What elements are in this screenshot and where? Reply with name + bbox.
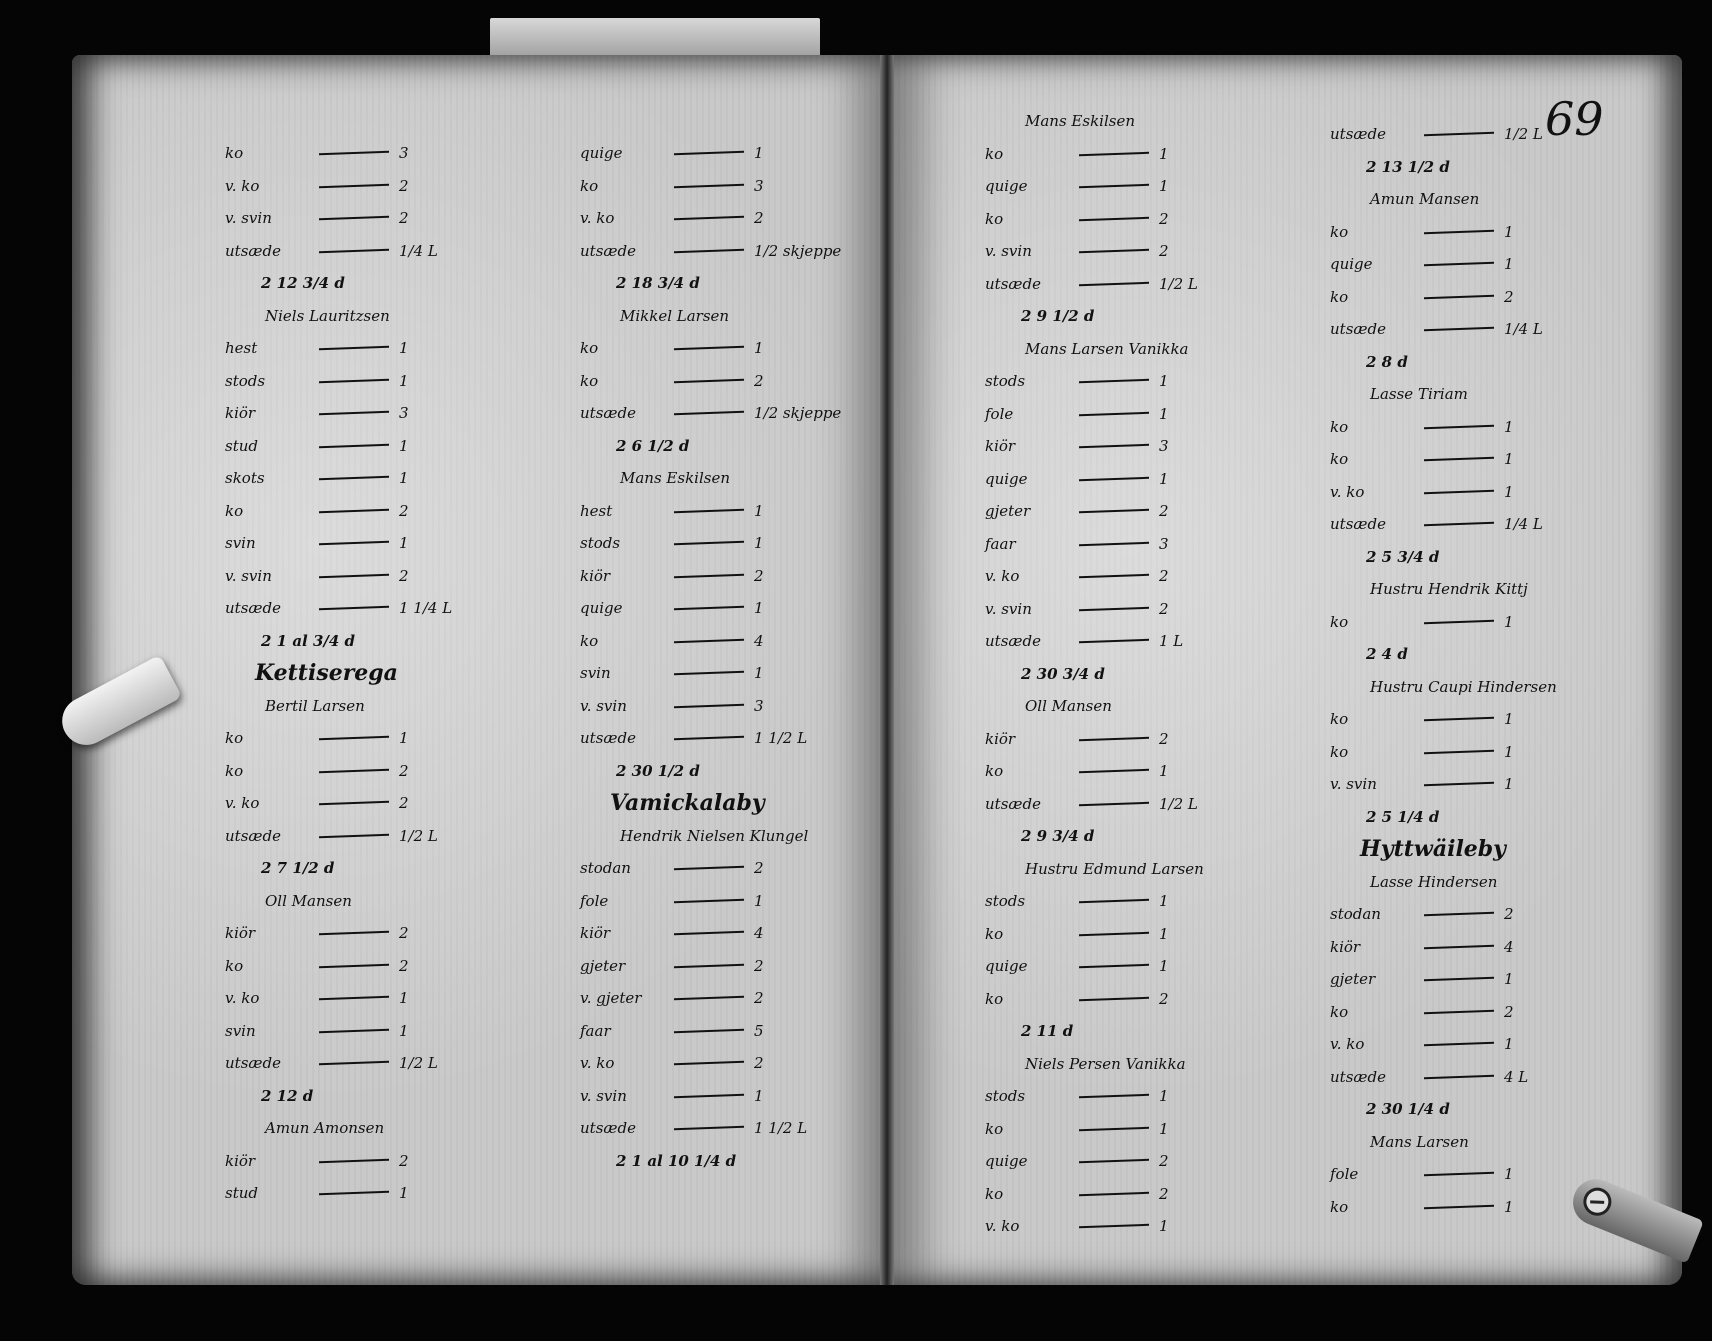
item-quantity: 1 — [1504, 1191, 1534, 1224]
ledger-row: v. ko1 — [225, 982, 452, 1015]
item-label: utsæde — [225, 820, 313, 853]
item-label: quige — [580, 592, 668, 625]
dash-line — [319, 736, 389, 740]
person-name: Oll Mansen — [225, 885, 452, 918]
item-quantity: 1 — [1159, 170, 1189, 203]
item-quantity: 1 — [1159, 755, 1189, 788]
dash-line — [319, 184, 389, 188]
entry-total: 2 30 1/2 d — [580, 755, 841, 788]
ledger-row: ko2 — [225, 950, 452, 983]
item-label: v. svin — [985, 235, 1073, 268]
person-name: Hustru Hendrik Kittj — [1330, 573, 1557, 606]
item-quantity: 1 — [1159, 1113, 1189, 1146]
item-quantity: 2 — [754, 852, 784, 885]
ledger-row: ko1 — [1330, 1191, 1557, 1224]
item-label: stods — [580, 527, 668, 560]
item-label: utsæde — [985, 625, 1073, 658]
ledger-row: utsæde1/2 skjeppe — [580, 397, 841, 430]
item-quantity: 2 — [754, 982, 784, 1015]
entry-total: 2 18 3/4 d — [580, 267, 841, 300]
ledger-row: ko2 — [225, 495, 452, 528]
item-label: stodan — [1330, 898, 1418, 931]
dash-line — [674, 541, 744, 545]
ledger-row: ko1 — [1330, 411, 1557, 444]
dash-line — [1424, 1042, 1494, 1046]
item-quantity: 1 — [399, 365, 429, 398]
item-quantity: 1 — [1159, 885, 1189, 918]
item-label: stods — [985, 1080, 1073, 1113]
person-name: Niels Lauritzsen — [225, 300, 452, 333]
entry-total: 2 30 3/4 d — [985, 658, 1204, 691]
ledger-row: kiör3 — [985, 430, 1204, 463]
ledger-row: v. ko1 — [1330, 476, 1557, 509]
dash-line — [674, 736, 744, 740]
item-quantity: 1/2 skjeppe — [754, 397, 841, 430]
ledger-row: utsæde1/2 skjeppe — [580, 235, 841, 268]
ledger-row: utsæde1/2 L — [985, 788, 1204, 821]
item-label: ko — [225, 137, 313, 170]
ledger-row: v. ko2 — [225, 787, 452, 820]
item-quantity: 1 — [754, 885, 784, 918]
dash-line — [1079, 184, 1149, 188]
item-label: utsæde — [1330, 313, 1418, 346]
dash-line — [319, 379, 389, 383]
ledger-row: ko3 — [580, 170, 841, 203]
item-quantity: 1 — [754, 1080, 784, 1113]
dash-line — [1424, 295, 1494, 299]
ledger-row: ko1 — [580, 332, 841, 365]
ledger-row: quige2 — [985, 1145, 1204, 1178]
ledger-row: utsæde1 1/4 L — [225, 592, 452, 625]
ledger-row: ko1 — [1330, 703, 1557, 736]
ledger-row: ko1 — [1330, 736, 1557, 769]
item-label: fole — [985, 398, 1073, 431]
item-quantity: 1 — [754, 332, 784, 365]
item-quantity: 2 — [1504, 996, 1534, 1029]
item-quantity: 1 — [1159, 365, 1189, 398]
entry-total: 2 9 1/2 d — [985, 300, 1204, 333]
village-heading: Kettiserega — [225, 657, 452, 690]
item-quantity: 3 — [754, 170, 784, 203]
ledger-row: quige1 — [580, 592, 841, 625]
ledger-row: stods1 — [580, 527, 841, 560]
item-label: quige — [985, 1145, 1073, 1178]
item-quantity: 1 L — [1159, 625, 1189, 658]
dash-line — [1424, 490, 1494, 494]
item-label: kiör — [225, 1145, 313, 1178]
ledger-row: ko1 — [985, 1113, 1204, 1146]
ledger-row: ko1 — [985, 918, 1204, 951]
item-quantity: 1/2 L — [1159, 268, 1198, 301]
dash-line — [1424, 1075, 1494, 1079]
ledger-row: v. svin1 — [580, 1080, 841, 1113]
dash-line — [319, 1029, 389, 1033]
item-label: v. ko — [225, 787, 313, 820]
ledger-row: ko1 — [1330, 443, 1557, 476]
ledger-row: hest1 — [580, 495, 841, 528]
ledger-row: ko1 — [985, 138, 1204, 171]
item-label: utsæde — [225, 592, 313, 625]
item-quantity: 1 — [1159, 463, 1189, 496]
item-quantity: 2 — [1159, 235, 1189, 268]
item-quantity: 1 — [399, 462, 429, 495]
item-label: ko — [1330, 443, 1418, 476]
item-quantity: 1 1/4 L — [399, 592, 452, 625]
item-label: v. ko — [985, 560, 1073, 593]
dash-line — [319, 444, 389, 448]
ledger-row: ko4 — [580, 625, 841, 658]
ledger-row: utsæde1/2 L — [225, 1047, 452, 1080]
item-quantity: 2 — [1504, 281, 1534, 314]
item-label: ko — [225, 755, 313, 788]
item-label: v. ko — [1330, 1028, 1418, 1061]
person-name: Lasse Tiriam — [1330, 378, 1557, 411]
item-quantity: 1/4 L — [1504, 313, 1543, 346]
dash-line — [319, 541, 389, 545]
person-name: Mikkel Larsen — [580, 300, 841, 333]
item-quantity: 1/2 skjeppe — [754, 235, 841, 268]
entry-total: 2 11 d — [985, 1015, 1204, 1048]
person-name: Mans Eskilsen — [985, 105, 1204, 138]
dash-line — [1424, 1205, 1494, 1209]
dash-line — [319, 769, 389, 773]
item-label: kiör — [985, 723, 1073, 756]
ledger-row: svin1 — [225, 527, 452, 560]
dash-line — [1424, 1010, 1494, 1014]
item-quantity: 1 — [1159, 138, 1189, 171]
dash-line — [319, 801, 389, 805]
ledger-row: v. svin3 — [580, 690, 841, 723]
entry-total: 2 9 3/4 d — [985, 820, 1204, 853]
item-label: svin — [225, 527, 313, 560]
dash-line — [1079, 639, 1149, 643]
ledger-row: stods1 — [985, 365, 1204, 398]
screw-icon — [1579, 1183, 1615, 1219]
village-heading: Vamickalaby — [580, 787, 841, 820]
ledger-row: ko1 — [1330, 216, 1557, 249]
item-label: v. ko — [225, 170, 313, 203]
item-label: faar — [985, 528, 1073, 561]
ledger-row: fole1 — [1330, 1158, 1557, 1191]
dash-line — [319, 606, 389, 610]
ledger-row: utsæde1 1/2 L — [580, 1112, 841, 1145]
ledger-row: fole1 — [580, 885, 841, 918]
dash-line — [319, 411, 389, 415]
dash-line — [1079, 412, 1149, 416]
dash-line — [319, 996, 389, 1000]
dash-line — [1424, 912, 1494, 916]
dash-line — [1079, 997, 1149, 1001]
person-name: Hendrik Nielsen Klungel — [580, 820, 841, 853]
item-label: v. ko — [1330, 476, 1418, 509]
ledger-row: stods1 — [985, 1080, 1204, 1113]
ledger-row: v. svin2 — [225, 560, 452, 593]
ledger-row: v. ko2 — [985, 560, 1204, 593]
item-quantity: 1 — [399, 527, 429, 560]
dash-line — [1079, 737, 1149, 741]
item-label: ko — [580, 332, 668, 365]
item-label: kiör — [225, 917, 313, 950]
item-quantity: 1 — [754, 527, 784, 560]
dash-line — [674, 151, 744, 155]
item-quantity: 3 — [399, 137, 429, 170]
dash-line — [1079, 1127, 1149, 1131]
item-label: quige — [1330, 248, 1418, 281]
item-label: utsæde — [580, 235, 668, 268]
ledger-row: utsæde1/4 L — [225, 235, 452, 268]
ledger-row: ko2 — [1330, 281, 1557, 314]
item-label: utsæde — [580, 722, 668, 755]
ledger-row: kiör4 — [580, 917, 841, 950]
dash-line — [1079, 802, 1149, 806]
ledger-row: v. svin2 — [985, 235, 1204, 268]
item-label: utsæde — [225, 235, 313, 268]
item-label: gjeter — [985, 495, 1073, 528]
person-name: Niels Persen Vanikka — [985, 1048, 1204, 1081]
item-quantity: 3 — [754, 690, 784, 723]
ledger-row: v. ko1 — [985, 1210, 1204, 1243]
item-label: v. svin — [1330, 768, 1418, 801]
person-name: Oll Mansen — [985, 690, 1204, 723]
entry-total: 2 1 al 10 1/4 d — [580, 1145, 841, 1178]
dash-line — [1424, 522, 1494, 526]
item-label: v. ko — [225, 982, 313, 1015]
item-label: quige — [985, 950, 1073, 983]
ledger-row: stods1 — [225, 365, 452, 398]
item-label: kiör — [580, 560, 668, 593]
item-label: utsæde — [225, 1047, 313, 1080]
item-quantity: 1 — [1504, 476, 1534, 509]
item-quantity: 2 — [1159, 560, 1189, 593]
ledger-row: faar5 — [580, 1015, 841, 1048]
item-label: stud — [225, 430, 313, 463]
item-label: fole — [1330, 1158, 1418, 1191]
dash-line — [319, 1191, 389, 1195]
dash-line — [1079, 574, 1149, 578]
person-name: Hustru Edmund Larsen — [985, 853, 1204, 886]
ledger-row: kiör2 — [225, 917, 452, 950]
item-label: v. svin — [225, 202, 313, 235]
item-quantity: 2 — [754, 365, 784, 398]
ledger-row: kiör2 — [225, 1145, 452, 1178]
dash-line — [674, 964, 744, 968]
dash-line — [1079, 152, 1149, 156]
item-quantity: 1/2 L — [399, 1047, 438, 1080]
item-label: ko — [1330, 1191, 1418, 1224]
item-label: stods — [985, 365, 1073, 398]
entry-total: 2 5 1/4 d — [1330, 801, 1557, 834]
dash-line — [319, 249, 389, 253]
item-label: ko — [580, 365, 668, 398]
item-label: utsæde — [1330, 118, 1418, 151]
dash-line — [319, 1061, 389, 1065]
item-label: hest — [225, 332, 313, 365]
scanned-image: 69 ko3v. ko2v. svin2utsæde1/4 L2 12 3/4 … — [0, 0, 1712, 1341]
ledger-row: quige1 — [580, 137, 841, 170]
dash-line — [674, 606, 744, 610]
entry-total: 2 13 1/2 d — [1330, 151, 1557, 184]
item-quantity: 3 — [1159, 430, 1189, 463]
entry-total: 2 12 d — [225, 1080, 452, 1113]
entry-total: 2 6 1/2 d — [580, 430, 841, 463]
item-quantity: 2 — [399, 787, 429, 820]
item-label: ko — [1330, 216, 1418, 249]
item-label: v. ko — [580, 202, 668, 235]
item-quantity: 2 — [754, 950, 784, 983]
ledger-row: stodan2 — [1330, 898, 1557, 931]
ledger-row: stud1 — [225, 1177, 452, 1210]
dash-line — [674, 899, 744, 903]
ledger-row: faar3 — [985, 528, 1204, 561]
dash-line — [1079, 542, 1149, 546]
item-quantity: 1 — [1504, 443, 1534, 476]
item-quantity: 2 — [399, 755, 429, 788]
dash-line — [1424, 1172, 1494, 1176]
item-label: fole — [580, 885, 668, 918]
dash-line — [319, 931, 389, 935]
item-quantity: 1/4 L — [1504, 508, 1543, 541]
entry-total: 2 1 al 3/4 d — [225, 625, 452, 658]
ledger-row: utsæde1/2 L — [985, 268, 1204, 301]
item-label: v. ko — [985, 1210, 1073, 1243]
item-label: kiör — [1330, 931, 1418, 964]
item-label: ko — [580, 170, 668, 203]
ledger-row: stodan2 — [580, 852, 841, 885]
dash-line — [1079, 769, 1149, 773]
dash-line — [1424, 457, 1494, 461]
dash-line — [1079, 1224, 1149, 1228]
village-heading: Hyttwäileby — [1330, 833, 1557, 866]
item-quantity: 1 — [1504, 703, 1534, 736]
item-label: stodan — [580, 852, 668, 885]
ledger-row: v. ko1 — [1330, 1028, 1557, 1061]
person-name: Amun Mansen — [1330, 183, 1557, 216]
dash-line — [674, 379, 744, 383]
ledger-row: svin1 — [580, 657, 841, 690]
item-quantity: 4 — [754, 625, 784, 658]
item-label: ko — [580, 625, 668, 658]
item-quantity: 1/2 L — [1504, 118, 1543, 151]
item-quantity: 1 — [1504, 606, 1534, 639]
item-quantity: 1 — [754, 592, 784, 625]
item-label: ko — [985, 1178, 1073, 1211]
ledger-row: kiör4 — [1330, 931, 1557, 964]
ledger-row: gjeter2 — [580, 950, 841, 983]
dash-line — [674, 184, 744, 188]
ledger-row: v. svin2 — [985, 593, 1204, 626]
dash-line — [1079, 477, 1149, 481]
item-quantity: 2 — [399, 170, 429, 203]
entry-total: 2 4 d — [1330, 638, 1557, 671]
person-name: Amun Amonsen — [225, 1112, 452, 1145]
item-label: ko — [1330, 996, 1418, 1029]
dash-line — [319, 834, 389, 838]
item-label: gjeter — [580, 950, 668, 983]
item-label: v. ko — [580, 1047, 668, 1080]
ledger-row: gjeter2 — [985, 495, 1204, 528]
item-label: ko — [1330, 703, 1418, 736]
item-quantity: 2 — [1159, 1178, 1189, 1211]
ledger-row: utsæde4 L — [1330, 1061, 1557, 1094]
item-quantity: 4 — [1504, 931, 1534, 964]
item-label: quige — [580, 137, 668, 170]
dash-line — [319, 151, 389, 155]
dash-line — [674, 931, 744, 935]
ledger-column-2: quige1ko3v. ko2utsæde1/2 skjeppe2 18 3/4… — [580, 137, 841, 1177]
ledger-row: utsæde1 1/2 L — [580, 722, 841, 755]
item-quantity: 1 — [1504, 248, 1534, 281]
item-label: v. svin — [225, 560, 313, 593]
ledger-row: kiör2 — [580, 560, 841, 593]
ledger-row: stud1 — [225, 430, 452, 463]
dash-line — [319, 1159, 389, 1163]
dash-line — [1424, 977, 1494, 981]
item-quantity: 1 — [399, 332, 429, 365]
dash-line — [1079, 1094, 1149, 1098]
item-label: kiör — [985, 430, 1073, 463]
ledger-row: v. svin1 — [1330, 768, 1557, 801]
ledger-row: ko2 — [1330, 996, 1557, 1029]
ledger-row: utsæde1/4 L — [1330, 313, 1557, 346]
dash-line — [1079, 932, 1149, 936]
item-label: ko — [225, 495, 313, 528]
dash-line — [1424, 620, 1494, 624]
ledger-row: hest1 — [225, 332, 452, 365]
item-label: ko — [985, 203, 1073, 236]
item-quantity: 1 — [1504, 1158, 1534, 1191]
dash-line — [1424, 262, 1494, 266]
ledger-row: skots1 — [225, 462, 452, 495]
ledger-row: ko2 — [225, 755, 452, 788]
item-label: ko — [225, 722, 313, 755]
item-label: ko — [985, 918, 1073, 951]
dash-line — [1424, 782, 1494, 786]
dash-line — [1079, 249, 1149, 253]
item-label: utsæde — [1330, 508, 1418, 541]
dash-line — [319, 216, 389, 220]
entry-total: 2 30 1/4 d — [1330, 1093, 1557, 1126]
dash-line — [1079, 899, 1149, 903]
item-quantity: 2 — [399, 917, 429, 950]
item-quantity: 1 — [754, 657, 784, 690]
item-label: utsæde — [580, 1112, 668, 1145]
ledger-column-3: Mans Eskilsenko1quige1ko2v. svin2utsæde1… — [985, 105, 1204, 1243]
dash-line — [1424, 425, 1494, 429]
dash-line — [1424, 717, 1494, 721]
item-label: stud — [225, 1177, 313, 1210]
ledger-row: utsæde1 L — [985, 625, 1204, 658]
item-quantity: 1 — [1504, 411, 1534, 444]
dash-line — [1079, 379, 1149, 383]
dash-line — [674, 574, 744, 578]
ledger-row: ko2 — [580, 365, 841, 398]
item-quantity: 1/4 L — [399, 235, 438, 268]
item-quantity: 2 — [754, 202, 784, 235]
item-quantity: 1 1/2 L — [754, 722, 807, 755]
ledger-row: quige1 — [985, 463, 1204, 496]
ledger-row: utsæde1/4 L — [1330, 508, 1557, 541]
ledger-row: kiör3 — [225, 397, 452, 430]
item-quantity: 2 — [754, 1047, 784, 1080]
item-label: ko — [985, 983, 1073, 1016]
item-quantity: 1 — [1159, 1080, 1189, 1113]
dash-line — [674, 639, 744, 643]
ledger-row: quige1 — [1330, 248, 1557, 281]
ledger-row: ko1 — [225, 722, 452, 755]
ledger-row: gjeter1 — [1330, 963, 1557, 996]
dash-line — [674, 509, 744, 513]
item-label: ko — [1330, 736, 1418, 769]
